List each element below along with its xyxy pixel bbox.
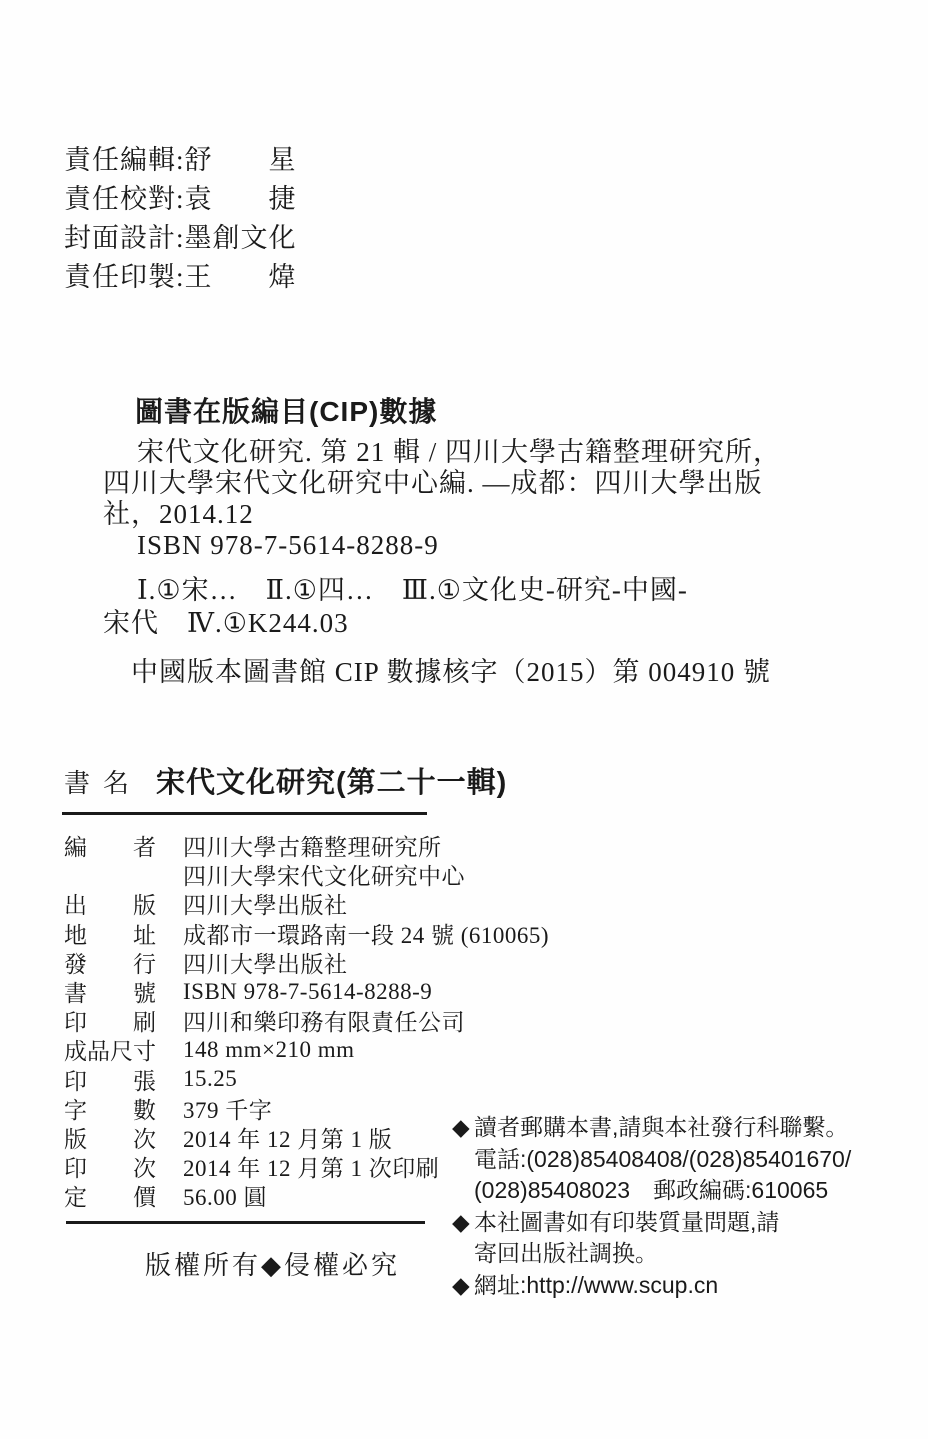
row-value: 四川大學宋代文化研究中心 [183,858,465,891]
table-row-printer: 印 刷 四川和樂印務有限責任公司 [64,1006,549,1035]
title-underline-rule [62,812,427,815]
row-label: 書 號 [64,975,183,1008]
classification-line: Ⅰ.①宋… Ⅱ.①四… Ⅲ.①文化史-研究-中國- [103,574,688,607]
row-value: 四川和樂印務有限責任公司 [183,1004,465,1037]
row-value: 148 mm×210 mm [183,1037,355,1063]
row-value: 56.00 圓 [183,1179,267,1212]
cip-isbn-line: ISBN 978-7-5614-8288-9 [103,530,781,561]
row-label: 成品尺寸 [64,1033,183,1066]
row-value: 四川大學古籍整理研究所 [183,829,442,862]
note-line-postcode: (028)85408023 郵政編碼:610065 [474,1175,922,1207]
copyright-divider-rule [66,1221,425,1224]
credit-line-proofreader: 責任校對:袁 捷 [64,180,297,219]
row-label: 版 次 [64,1121,183,1154]
cip-description: 宋代文化研究. 第 21 輯 / 四川大學古籍整理研究所， 四川大學宋代文化研究… [103,437,781,561]
copyright-statement: 版權所有◆侵權必究 [145,1245,400,1282]
classification-line: 宋代 Ⅳ.①K244.03 [103,607,688,640]
book-title: 宋代文化研究(第二十一輯) [156,767,507,799]
row-label: 印 次 [64,1150,183,1183]
cip-classification: Ⅰ.①宋… Ⅱ.①四… Ⅲ.①文化史-研究-中國- 宋代 Ⅳ.①K244.03 [103,574,688,640]
table-row-distributor: 發 行 四川大學出版社 [64,948,549,977]
table-row-isbn: 書 號 ISBN 978-7-5614-8288-9 [64,977,549,1006]
note-line-phone: 電話:(028)85408408/(028)85401670/ [474,1144,922,1176]
row-label: 編 者 [64,829,183,862]
row-value: 2014 年 12 月第 1 版 [183,1121,392,1154]
row-label: 發 行 [64,946,183,979]
cip-line: 宋代文化研究. 第 21 輯 / 四川大學古籍整理研究所， [103,437,781,468]
note-line: 寄回出版社調换。 [474,1238,922,1270]
credit-line-cover-design: 封面設計:墨創文化 [64,219,297,258]
row-label: 地 址 [64,917,183,950]
note-line-url: 網址:http://www.scup.cn [474,1270,922,1302]
note-website: ◆ 網址:http://www.scup.cn [452,1270,922,1302]
diamond-bullet-icon: ◆ [452,1112,474,1144]
book-title-label: 書名 [64,769,142,798]
cip-record-number: 中國版本圖書館 CIP 數據核字（2015）第 004910 號 [131,650,771,689]
credit-line-printing: 責任印製:王 煒 [64,258,297,297]
table-row-publisher: 出 版 四川大學出版社 [64,889,549,918]
note-text: 網址:http://www.scup.cn [474,1270,922,1302]
colophon-page: 責任編輯:舒 星 責任校對:袁 捷 封面設計:墨創文化 責任印製:王 煒 圖書在… [0,0,928,1439]
note-text: 讀者郵購本書,請與本社發行科聯繫。 電話:(028)85408408/(028)… [474,1112,922,1207]
row-value: 成都市一環路南一段 24 號 (610065) [183,917,549,950]
note-text: 本社圖書如有印裝質量問題,請 寄回出版社調换。 [474,1207,922,1270]
row-label: 印 張 [64,1063,183,1096]
row-value: 2014 年 12 月第 1 次印刷 [183,1150,439,1183]
publisher-notes: ◆ 讀者郵購本書,請與本社發行科聯繫。 電話:(028)85408408/(02… [452,1112,922,1301]
note-mail-order: ◆ 讀者郵購本書,請與本社發行科聯繫。 電話:(028)85408408/(02… [452,1112,922,1207]
table-row-editor: 編 者 四川大學古籍整理研究所 [64,831,549,860]
diamond-bullet-icon: ◆ [452,1270,474,1302]
row-label: 定 價 [64,1179,183,1212]
row-value: 379 千字 [183,1092,272,1125]
note-quality-exchange: ◆ 本社圖書如有印裝質量問題,請 寄回出版社調换。 [452,1207,922,1270]
cip-line: 社，2014.12 [103,499,781,530]
cip-line: 四川大學宋代文化研究中心編. —成都：四川大學出版 [103,468,781,499]
note-line: 讀者郵購本書,請與本社發行科聯繫。 [474,1112,922,1144]
note-line: 本社圖書如有印裝質量問題,請 [474,1207,922,1239]
table-row-sheets: 印 張 15.25 [64,1065,549,1094]
credit-line-editor: 責任編輯:舒 星 [64,141,297,180]
row-value: 四川大學出版社 [183,946,348,979]
row-value: 四川大學出版社 [183,887,348,920]
editorial-credits: 責任編輯:舒 星 責任校對:袁 捷 封面設計:墨創文化 責任印製:王 煒 [64,141,297,297]
row-label: 出 版 [64,887,183,920]
table-row-trim-size: 成品尺寸 148 mm×210 mm [64,1035,549,1064]
row-value: ISBN 978-7-5614-8288-9 [183,979,432,1005]
row-value: 15.25 [183,1066,237,1092]
table-row-address: 地 址 成都市一環路南一段 24 號 (610065) [64,919,549,948]
cip-heading: 圖書在版編目(CIP)數據 [135,390,437,430]
row-label: 印 刷 [64,1004,183,1037]
diamond-bullet-icon: ◆ [452,1207,474,1239]
table-row-editor-2: 四川大學宋代文化研究中心 [64,860,549,889]
book-title-row: 書名宋代文化研究(第二十一輯) [64,760,507,801]
row-label: 字 數 [64,1092,183,1125]
